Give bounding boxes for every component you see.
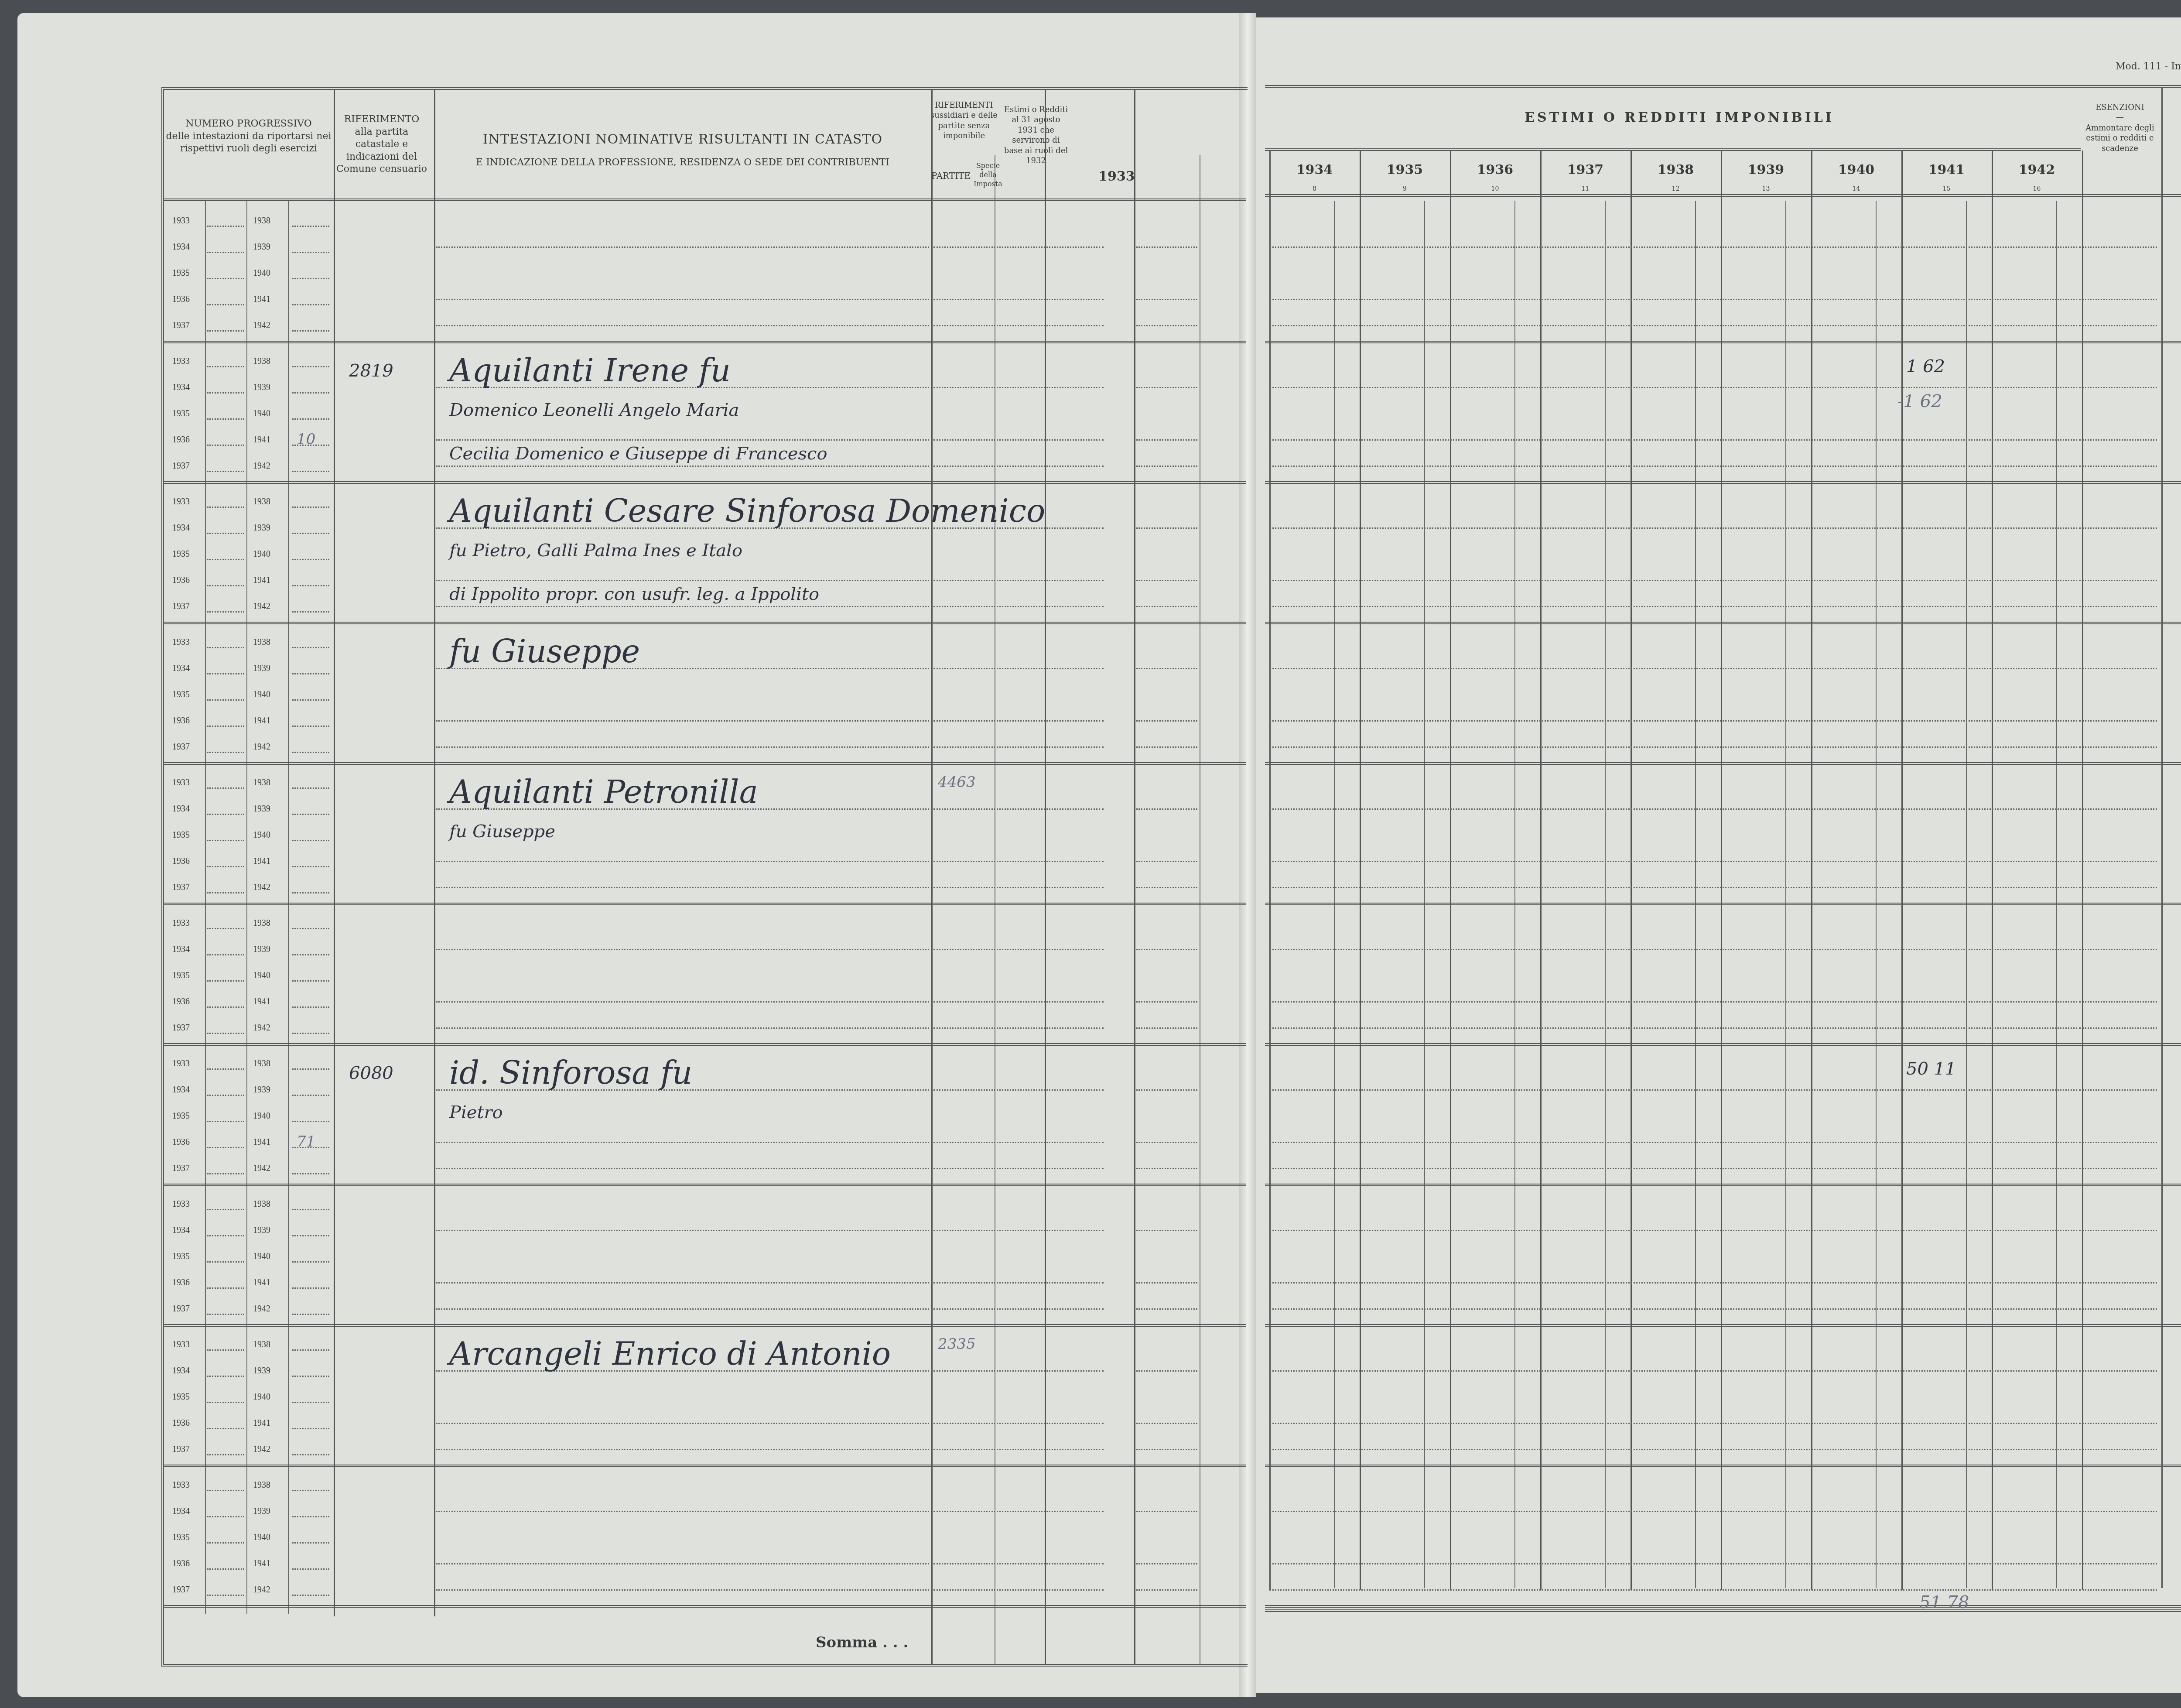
header-1933: 1933 (1082, 168, 1152, 185)
col-rule (1450, 151, 1451, 1590)
dotted-rule (436, 1423, 929, 1424)
dotted-rule (207, 1235, 244, 1236)
dotted-rule (292, 366, 329, 367)
dotted-rule (1136, 1027, 1197, 1029)
year-label: 1936 (172, 435, 190, 445)
header-esenzioni: ESENZIONI — Ammontare degli estimi o red… (2081, 103, 2159, 154)
dotted-rule (292, 892, 329, 893)
dotted-rule (207, 752, 244, 753)
column-number: 16 (1992, 185, 2082, 192)
dotted-rule (436, 887, 929, 888)
year-label: 1938 (253, 778, 270, 788)
dotted-rule (1269, 1142, 2081, 1143)
col-rule (1424, 201, 1425, 1588)
dotted-rule (207, 1402, 244, 1403)
dotted-rule (933, 887, 1104, 888)
dotted-rule (1136, 1511, 1197, 1512)
dotted-rule (933, 1589, 1104, 1591)
dotted-rule (933, 949, 1104, 950)
year-label: 1942 (253, 1444, 270, 1455)
dotted-rule (436, 1168, 929, 1169)
dotted-rule (1136, 580, 1197, 581)
partite-value: 4463 (938, 774, 976, 791)
dotted-rule (292, 1490, 329, 1491)
year-label: 1937 (172, 461, 190, 471)
dotted-rule (933, 606, 1104, 607)
small-note: 71 (297, 1133, 315, 1150)
header-estimi: ESTIMI O REDDITI IMPONIBILI (1287, 109, 2072, 126)
column-number: 8 (1269, 185, 1360, 192)
dotted-rule (933, 387, 1104, 388)
entry-rule (1265, 762, 2181, 765)
year-label: 1936 (172, 1559, 190, 1569)
dotted-rule (207, 699, 244, 701)
year-label: 1938 (253, 1199, 270, 1209)
dotted-rule (1136, 527, 1197, 529)
dotted-rule (933, 439, 1104, 441)
dotted-rule (292, 980, 329, 982)
dotted-rule (2083, 720, 2157, 722)
col-rule (1200, 155, 1200, 1664)
year-label: 1940 (253, 690, 270, 700)
dotted-rule (1269, 606, 2081, 607)
col-rule (1876, 201, 1877, 1588)
dotted-rule (207, 1349, 244, 1351)
dotted-rule (292, 278, 329, 279)
dotted-rule (933, 580, 1104, 581)
year-label: 1935 (172, 268, 190, 278)
entry-rule (164, 622, 1246, 624)
year-label: 1933 (172, 778, 190, 788)
col-rule (931, 89, 933, 1664)
dotted-rule (2083, 949, 2157, 950)
dotted-rule (1136, 1563, 1197, 1564)
dotted-rule (292, 585, 329, 586)
dotted-rule (292, 1121, 329, 1122)
col-rule (2161, 87, 2163, 1588)
header-annotazioni: ANNOTAZIONI (2164, 133, 2181, 148)
year-label: 1936 (172, 1418, 190, 1428)
intestazione-line: Pietro (449, 1102, 503, 1123)
dotted-rule (2083, 325, 2157, 326)
dotted-rule (292, 866, 329, 867)
dotted-rule (207, 1209, 244, 1210)
dotted-rule (2083, 1168, 2157, 1169)
dotted-rule (292, 1516, 329, 1517)
header-col2-subtitle: alla partita catastale e indicazioni del… (334, 126, 430, 176)
total-1941: 51 78 (1919, 1592, 1969, 1612)
year-label: 1939 (253, 1506, 270, 1516)
dotted-rule (2083, 466, 2157, 467)
dotted-rule (1136, 949, 1197, 950)
dotted-rule (292, 814, 329, 815)
dotted-rule (933, 1142, 1104, 1143)
year-label: 1939 (253, 804, 270, 814)
entry-rule (164, 1324, 1246, 1327)
col-rule (434, 89, 435, 1616)
dotted-rule (207, 1516, 244, 1517)
dotted-rule (207, 1261, 244, 1263)
year-label: 1937 (172, 1304, 190, 1314)
year-label: 1933 (172, 918, 190, 928)
dotted-rule (292, 673, 329, 674)
dotted-rule (292, 1542, 329, 1544)
year-label: 1933 (172, 1340, 190, 1350)
year-label: 1941 (253, 1559, 270, 1569)
year-label: 1933 (172, 637, 190, 647)
value-1941: 1 62 (1906, 356, 1945, 377)
col-rule (288, 201, 289, 1614)
dotted-rule (207, 673, 244, 674)
year-label: 1936 (172, 856, 190, 866)
dotted-rule (1136, 466, 1197, 467)
year-label: 1939 (253, 523, 270, 533)
header-year-1940: 1940 (1811, 161, 1901, 178)
riferimento-value: 2819 (349, 361, 393, 381)
entry-rule (1265, 341, 2181, 343)
year-label: 1938 (253, 497, 270, 507)
dotted-rule (207, 226, 244, 227)
year-label: 1940 (253, 971, 270, 981)
dotted-rule (292, 1595, 329, 1596)
year-label: 1941 (253, 294, 270, 305)
intestazione-line: Aquilanti Petronilla (449, 774, 758, 810)
column-number: 15 (1901, 185, 1992, 192)
dotted-rule (1269, 387, 2081, 388)
year-label: 1935 (172, 1392, 190, 1402)
dotted-rule (207, 445, 244, 446)
col-rule (1901, 151, 1903, 1590)
dotted-rule (933, 746, 1104, 748)
year-label: 1935 (172, 971, 190, 981)
dotted-rule (207, 278, 244, 279)
dotted-rule (2083, 861, 2157, 862)
dotted-rule (1136, 720, 1197, 722)
year-label: 1938 (253, 1340, 270, 1350)
col-rule (1360, 151, 1361, 1590)
dotted-rule (1136, 668, 1197, 669)
year-rule (1265, 148, 2081, 151)
year-label: 1937 (172, 883, 190, 893)
year-label: 1942 (253, 321, 270, 331)
dotted-rule (2083, 1308, 2157, 1310)
header-esenzioni-title: ESENZIONI (2081, 103, 2159, 113)
dotted-rule (207, 1068, 244, 1070)
dotted-rule (436, 246, 929, 248)
dotted-rule (1269, 668, 2081, 669)
dotted-rule (2083, 668, 2157, 669)
year-label: 1938 (253, 637, 270, 647)
year-label: 1934 (172, 383, 190, 393)
header-col1-title: NUMERO PROGRESSIVO (166, 118, 332, 130)
dotted-rule (292, 647, 329, 648)
year-label: 1936 (172, 1278, 190, 1288)
entry-rule (1265, 1605, 2181, 1608)
col-rule (205, 201, 206, 1614)
dotted-rule (436, 580, 929, 581)
form-id: Mod. 111 - Imposte Dirette (Intercalare)… (2116, 61, 2181, 72)
dotted-rule (436, 1589, 929, 1591)
dotted-rule (2083, 746, 2157, 748)
entry-rule (164, 903, 1246, 905)
dotted-rule (2083, 1027, 2157, 1029)
dotted-rule (1269, 746, 2081, 748)
dotted-rule (1269, 1423, 2081, 1424)
dotted-rule (1269, 1563, 2081, 1564)
dotted-rule (2083, 1370, 2157, 1372)
intestazione-line: id. Sinforosa fu (449, 1054, 692, 1091)
dotted-rule (933, 808, 1104, 810)
dotted-rule (1269, 325, 2081, 326)
dotted-rule (1136, 1001, 1197, 1003)
year-label: 1938 (253, 1480, 270, 1490)
year-label: 1934 (172, 1506, 190, 1516)
entry-rule (164, 481, 1246, 484)
ledger-right (1265, 85, 2181, 1612)
dotted-rule (207, 585, 244, 586)
dotted-rule (207, 814, 244, 815)
dotted-rule (207, 1173, 244, 1174)
dotted-rule (2083, 1230, 2157, 1231)
dotted-rule (933, 1423, 1104, 1424)
dotted-rule (933, 1308, 1104, 1310)
year-label: 1937 (172, 1585, 190, 1595)
dotted-rule (292, 1095, 329, 1096)
entry-rule (1265, 1465, 2181, 1467)
dotted-rule (1136, 887, 1197, 888)
year-label: 1940 (253, 1533, 270, 1543)
dotted-rule (2083, 299, 2157, 300)
column-number: 12 (1631, 185, 1721, 192)
header-year-1941: 1941 (1901, 161, 1992, 178)
dotted-rule (207, 1314, 244, 1315)
partite-value: 2335 (938, 1335, 976, 1353)
dotted-rule (207, 533, 244, 534)
year-label: 1936 (172, 997, 190, 1007)
intestazione-line: fu Giuseppe (449, 821, 555, 842)
entry-rule (1265, 1043, 2181, 1046)
year-label: 1935 (172, 1111, 190, 1121)
dotted-rule (207, 1121, 244, 1122)
dotted-rule (207, 1147, 244, 1148)
year-label: 1942 (253, 742, 270, 752)
year-label: 1937 (172, 602, 190, 612)
dotted-rule (436, 1142, 929, 1143)
dotted-rule (207, 1595, 244, 1596)
dotted-rule (292, 954, 329, 955)
year-label: 1938 (253, 216, 270, 226)
entry-rule (164, 1605, 1246, 1608)
dotted-rule (292, 611, 329, 613)
year-label: 1933 (172, 1059, 190, 1069)
dotted-rule (1269, 1027, 2081, 1029)
dotted-rule (933, 1563, 1104, 1564)
col-rule (1992, 151, 1993, 1590)
col-rule (1514, 201, 1515, 1588)
year-label: 1934 (172, 1366, 190, 1376)
year-label: 1935 (172, 409, 190, 419)
header-year-1938: 1938 (1631, 161, 1721, 178)
dotted-rule (207, 559, 244, 560)
header-col6: Estimi o Redditi al 31 agosto 1931 che s… (1003, 105, 1069, 166)
dotted-rule (436, 746, 929, 748)
dotted-rule (1269, 808, 2081, 810)
dotted-rule (1269, 246, 2081, 248)
year-label: 1941 (253, 575, 270, 585)
dotted-rule (933, 1282, 1104, 1284)
dotted-rule (292, 699, 329, 701)
header-esenzioni-dash: — (2081, 113, 2159, 123)
dotted-rule (1136, 439, 1197, 441)
year-label: 1933 (172, 356, 190, 366)
year-label: 1939 (253, 945, 270, 955)
year-label: 1942 (253, 1304, 270, 1314)
dotted-rule (1136, 1089, 1197, 1091)
dotted-rule (436, 1282, 929, 1284)
year-label: 1933 (172, 1480, 190, 1490)
dotted-rule (436, 1001, 929, 1003)
year-label: 1934 (172, 242, 190, 252)
header-riferimenti: RIFERIMENTI sussidiari e delle partite s… (929, 100, 999, 141)
dotted-rule (292, 471, 329, 472)
header-rule-right (1265, 194, 2181, 197)
header-rule-left (164, 199, 1246, 201)
dotted-rule (207, 954, 244, 955)
year-label: 1938 (253, 1059, 270, 1069)
dotted-rule (933, 1089, 1104, 1091)
year-label: 1937 (172, 1023, 190, 1033)
dotted-rule (292, 1568, 329, 1570)
entry-rule (164, 762, 1246, 765)
dotted-rule (207, 980, 244, 982)
col-rule (1721, 151, 1722, 1590)
year-label: 1941 (253, 716, 270, 726)
header-col3-subtitle: E INDICAZIONE DELLA PROFESSIONE, RESIDEN… (436, 157, 929, 169)
col-rule (1540, 151, 1542, 1590)
dotted-rule (933, 720, 1104, 722)
dotted-rule (207, 507, 244, 508)
dotted-rule (207, 1428, 244, 1429)
dotted-rule (292, 1173, 329, 1174)
dotted-rule (207, 1376, 244, 1377)
dotted-rule (207, 1454, 244, 1455)
dotted-rule (933, 1370, 1104, 1372)
header-year-1942: 1942 (1992, 161, 2082, 178)
intestazione-line: Cecilia Domenico e Giuseppe di Francesco (449, 444, 827, 464)
dotted-rule (207, 1568, 244, 1570)
year-label: 1935 (172, 830, 190, 840)
dotted-rule (436, 466, 929, 467)
dotted-rule (292, 840, 329, 841)
dotted-rule (207, 1287, 244, 1289)
dotted-rule (207, 392, 244, 394)
dotted-rule (933, 325, 1104, 326)
entry-rule (164, 1043, 1246, 1046)
dotted-rule (1136, 1142, 1197, 1143)
dotted-rule (2083, 580, 2157, 581)
dotted-rule (933, 299, 1104, 300)
year-label: 1942 (253, 1023, 270, 1033)
dotted-rule (436, 1027, 929, 1029)
header-esenzioni-subtitle: Ammontare degli estimi o redditi e scade… (2081, 123, 2159, 154)
year-label: 1934 (172, 804, 190, 814)
dotted-rule (436, 439, 929, 441)
year-label: 1936 (172, 294, 190, 305)
year-label: 1941 (253, 856, 270, 866)
column-number: 10 (1450, 185, 1540, 192)
dotted-rule (436, 720, 929, 722)
dotted-rule (933, 466, 1104, 467)
dotted-rule (292, 1006, 329, 1008)
dotted-rule (1269, 861, 2081, 862)
dotted-rule (1269, 580, 2081, 581)
header-partite: PARTITE (929, 170, 973, 181)
year-label: 1936 (172, 716, 190, 726)
dotted-rule (1269, 299, 2081, 300)
year-label: 1940 (253, 409, 270, 419)
dotted-rule (1136, 387, 1197, 388)
dotted-rule (933, 1230, 1104, 1231)
year-label: 1939 (253, 242, 270, 252)
dotted-rule (1269, 1230, 2081, 1231)
dotted-rule (292, 392, 329, 394)
dotted-rule (1269, 1449, 2081, 1450)
year-label: 1942 (253, 1585, 270, 1595)
header-col2-title: RIFERIMENTO (334, 113, 430, 126)
dotted-rule (933, 1001, 1104, 1003)
dotted-rule (1269, 1308, 2081, 1310)
year-label: 1940 (253, 1252, 270, 1262)
dotted-rule (1269, 439, 2081, 441)
dotted-rule (2083, 527, 2157, 529)
year-label: 1940 (253, 1392, 270, 1402)
dotted-rule (2083, 246, 2157, 248)
header-year-1937: 1937 (1540, 161, 1631, 178)
intestazione-line: Arcangeli Enrico di Antonio (449, 1335, 891, 1372)
year-label: 1938 (253, 918, 270, 928)
year-label: 1939 (253, 664, 270, 674)
dotted-rule (292, 787, 329, 789)
year-label: 1939 (253, 383, 270, 393)
dotted-rule (292, 928, 329, 929)
year-label: 1939 (253, 1085, 270, 1095)
dotted-rule (292, 1209, 329, 1210)
header-col3: INTESTAZIONI NOMINATIVE RISULTANTI IN CA… (436, 131, 929, 169)
year-label: 1938 (253, 356, 270, 366)
dotted-rule (1136, 325, 1197, 326)
col-rule (2082, 151, 2083, 1590)
dotted-rule (436, 949, 929, 950)
dotted-rule (933, 1168, 1104, 1169)
header-year-1934: 1934 (1269, 161, 1360, 178)
dotted-rule (436, 606, 929, 607)
dotted-rule (292, 533, 329, 534)
dotted-rule (1269, 1089, 2081, 1091)
dotted-rule (292, 1454, 329, 1455)
year-label: 1941 (253, 1278, 270, 1288)
col-rule (1785, 201, 1786, 1588)
intestazione-line: Aquilanti Cesare Sinforosa Domenico (449, 493, 1045, 529)
somma-label: Somma . . . (816, 1634, 908, 1651)
dotted-rule (207, 611, 244, 613)
col-rule (1811, 151, 1812, 1590)
column-number: 14 (1811, 185, 1901, 192)
year-label: 1942 (253, 461, 270, 471)
dotted-rule (2083, 439, 2157, 441)
dotted-rule (207, 1490, 244, 1491)
col-rule (1334, 201, 1335, 1588)
dotted-rule (207, 1033, 244, 1034)
